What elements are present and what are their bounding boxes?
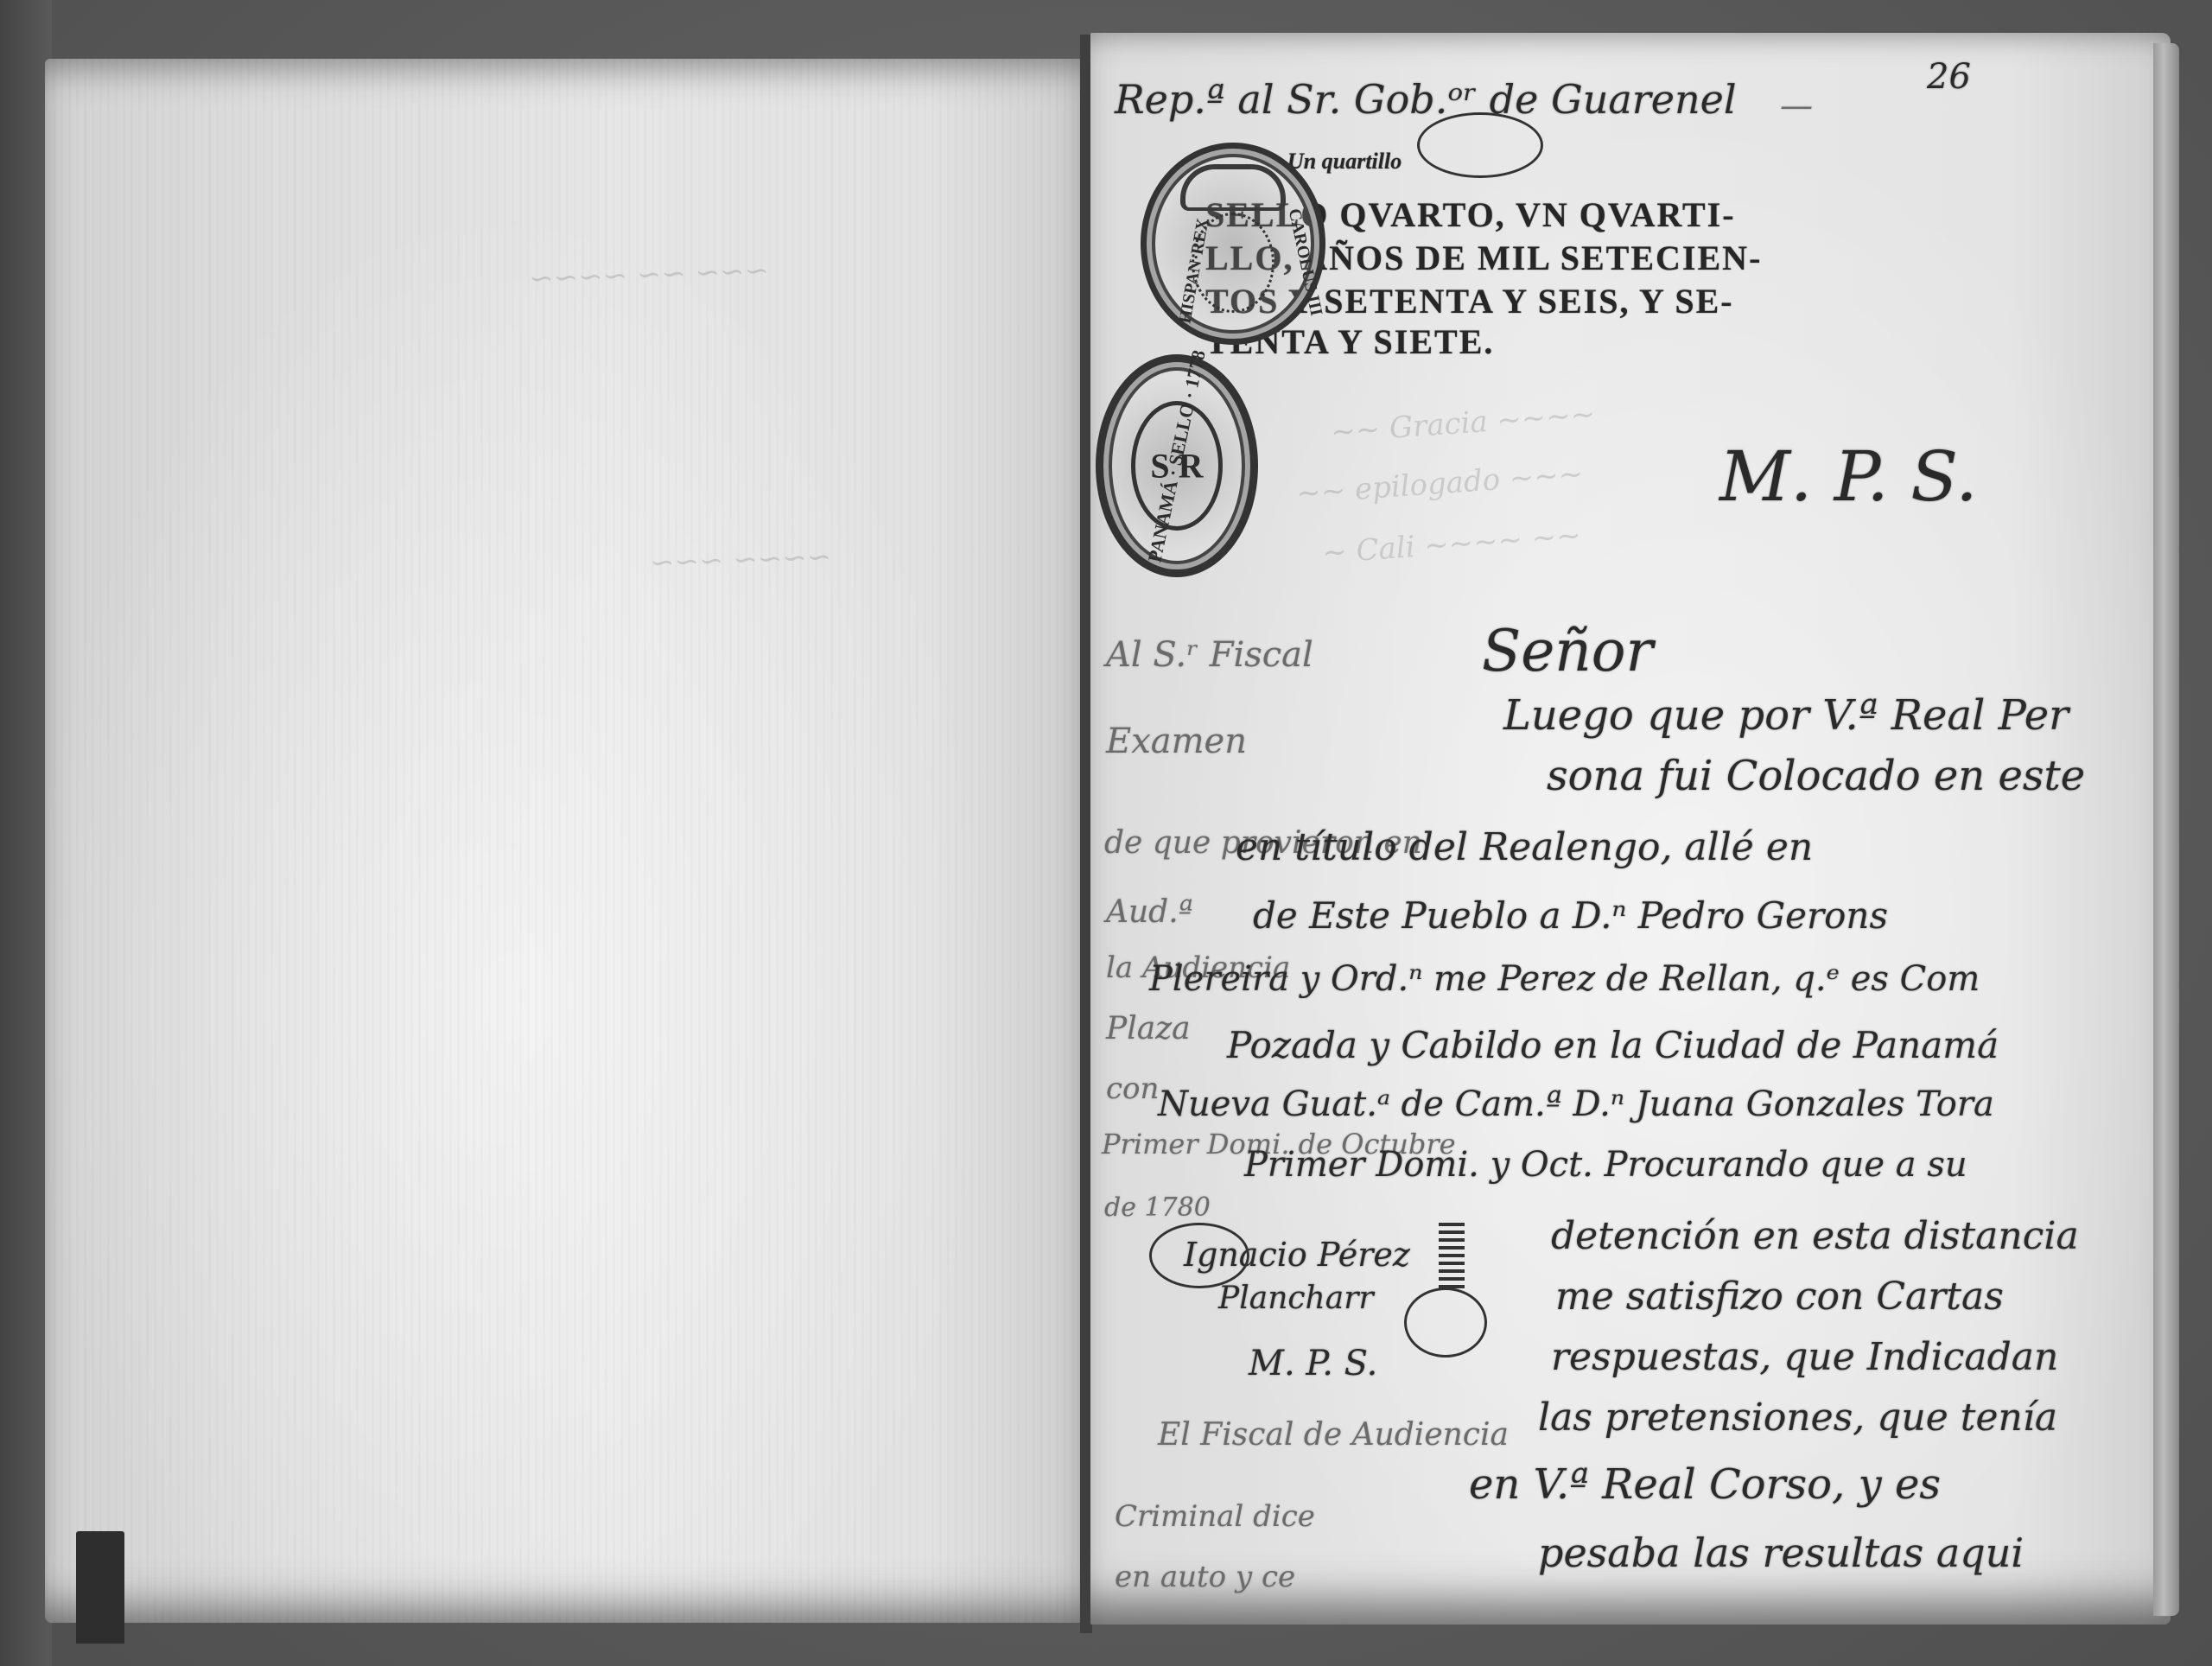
signature-rubric-loop bbox=[1404, 1288, 1487, 1358]
coat-of-arms-icon bbox=[1192, 213, 1274, 313]
body-line: sona fui Colocado en este bbox=[1547, 752, 2085, 800]
scanner-left-edge bbox=[0, 0, 52, 1666]
salutation-heading: M. P. S. bbox=[1719, 436, 1978, 517]
body-line: en V.ª Real Corso, y es bbox=[1469, 1460, 1941, 1509]
margin-note: con bbox=[1106, 1071, 1159, 1106]
body-line: Pozada y Cabildo en la Ciudad de Panamá bbox=[1227, 1024, 1999, 1066]
margin-note: El Fiscal de Audiencia bbox=[1158, 1417, 1509, 1453]
header-rubric-flourish bbox=[1417, 112, 1543, 178]
body-line: Nueva Guat.ᵃ de Cam.ª D.ⁿ Juana Gonzales… bbox=[1158, 1084, 1994, 1124]
margin-note: Al S.ʳ Fiscal bbox=[1106, 635, 1313, 675]
left-page-blank-verso: ~~~ ~~ ~~~~ ~~~~ ~~~ bbox=[45, 59, 1082, 1623]
body-line: Primer Domi. y Oct. Procurando que a su bbox=[1244, 1145, 1967, 1185]
panama-seal-lower: S R PANAMÁ · SELLO · 1778 bbox=[1096, 354, 1258, 577]
signature-closing: M. P. S. bbox=[1249, 1344, 1377, 1383]
body-line: Plereira y Ord.ⁿ me Perez de Rellan, q.ᵉ… bbox=[1149, 959, 1980, 999]
body-line: Luego que por V.ª Real Per bbox=[1503, 691, 2069, 740]
ribbon-bookmark-tab bbox=[76, 1531, 124, 1644]
margin-note: Criminal dice bbox=[1115, 1499, 1315, 1534]
signature-rubric-flourish bbox=[1149, 1223, 1249, 1288]
body-line: pesaba las resultas aqui bbox=[1538, 1529, 2024, 1576]
greeting: Señor bbox=[1482, 618, 1653, 684]
folio-number: 26 bbox=[1927, 57, 1971, 97]
body-line: en título del Realengo, allé en bbox=[1236, 825, 1813, 869]
crown-icon bbox=[1180, 164, 1286, 211]
margin-note: Aud.ª bbox=[1106, 894, 1193, 930]
body-line: me satisfizo con Cartas bbox=[1555, 1275, 2004, 1319]
stamp-price-label: Un quartillo bbox=[1287, 149, 1402, 175]
body-line: respuestas, que Indicadan bbox=[1551, 1335, 2058, 1379]
page-fore-edge bbox=[2153, 43, 2179, 1616]
margin-note: en auto y ce bbox=[1115, 1560, 1295, 1594]
margin-note: Plaza bbox=[1106, 1011, 1191, 1046]
seal-ring-text-right: CAROLUS III bbox=[1284, 207, 1326, 317]
royal-seal-upper: HISPAN·REX CAROLUS III bbox=[1141, 143, 1325, 345]
body-line: detención en esta distancia bbox=[1551, 1214, 2079, 1258]
margin-note: de 1780 bbox=[1104, 1192, 1211, 1223]
bleed-through-text: ~~~~ ~~~ bbox=[649, 539, 832, 580]
body-line: de Este Pueblo a D.ⁿ Pedro Gerons bbox=[1253, 894, 1888, 937]
signature-flourish-icon bbox=[1439, 1223, 1465, 1292]
body-line: las pretensiones, que tenía bbox=[1538, 1396, 2057, 1440]
signature-name-line-2: Plancharr bbox=[1218, 1281, 1374, 1316]
header-note: Rep.ª al Sr. Gob.ᵒʳ de Guarenel bbox=[1115, 76, 1737, 123]
header-dash: — bbox=[1780, 86, 1813, 124]
margin-note: Examen bbox=[1106, 722, 1247, 761]
